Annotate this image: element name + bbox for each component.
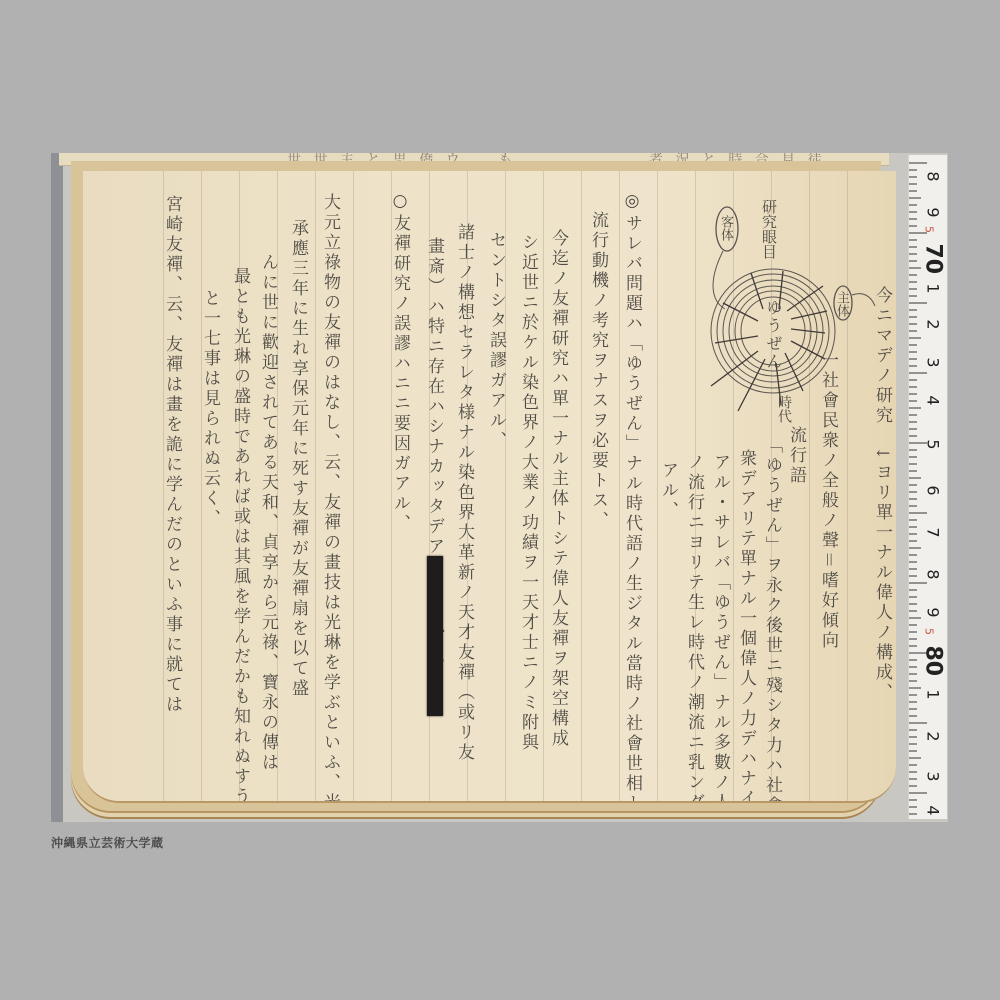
text-column: 諸士ノ構想セラレタ様ナル染色界大革新ノ天才友禪（或リ友 — [455, 223, 472, 763]
diagram-left-bubble: 客体 — [719, 215, 732, 241]
measuring-ruler: 8 9 5 70 1 2 3 4 5 6 7 8 9 5 80 1 2 3 4 — [908, 155, 947, 819]
ruler-label: 3 — [924, 765, 943, 789]
ruled-line — [543, 171, 544, 801]
research-focus-diagram: 研究眼目 客体 主体 ゆうぜん 時代 — [703, 191, 893, 431]
ruled-line — [315, 171, 316, 801]
diagram-title: 研究眼目 — [761, 199, 776, 259]
text-column: 衆デアリテ單ナル一個偉人ノ力デハナイデ — [737, 449, 754, 803]
text-column: ○友禪研究ノ誤謬ハニニ要因ガアル、 — [391, 191, 408, 534]
text-column: 承應三年に生れ享保元年に死す友禪が友禪扇を以て盛 — [289, 219, 306, 699]
text-column: シ近世ニ於ケル染色界ノ大業ノ功績ヲ一天才士ニノミ附與 — [519, 233, 536, 753]
diagram-right-bubble: 主体 — [835, 291, 848, 317]
archival-photograph: 、世 世 主 と 思 僑 ウ も 者 況 と 時 合 見 徒 — [51, 153, 948, 822]
ruler-label: 5 — [924, 433, 943, 457]
ruled-line — [581, 171, 582, 801]
ruler-label: 1 — [924, 277, 943, 301]
ruler-label: 6 — [924, 479, 943, 503]
diagram-bottom-label: 時代 — [777, 395, 791, 423]
diagram-center-label: ゆうぜん — [765, 299, 781, 371]
text-column: アル、 — [659, 461, 676, 521]
ruler-label: 2 — [924, 313, 943, 337]
photo-backdrop — [51, 153, 63, 822]
text-column: 一社會民衆ノ全般ノ聲＝嗜好傾向 — [819, 351, 836, 651]
text-column: 最とも光琳の盛時であれば或は其風を学んだかも知れぬすう確 — [231, 267, 248, 803]
text-column: 今ニマデノ研究 ↓ヨリ單一ナル偉人ノ構成、 — [873, 286, 890, 703]
ruler-label: 2 — [924, 725, 943, 749]
ruled-line — [353, 171, 354, 801]
text-column: ノ流行ニヨリテ生レ時代ノ潮流ニ乳ンダ者デ — [685, 453, 702, 803]
ruler-label-red: 5 — [923, 218, 936, 242]
redacted-bar — [427, 556, 443, 716]
text-column: 流行語 — [787, 426, 804, 486]
text-column: アル・サレバ「ゆうぜん」ナル多數ノ人ヨ鳴ハ社會 — [711, 453, 728, 803]
text-column: 「ゆうぜん」ヲ永ク後世ニ殘シタ力ハ社會民 — [763, 436, 780, 803]
ruler-label: 8 — [924, 165, 943, 189]
ruler-label: 1 — [924, 683, 943, 707]
text-column: と一七事は見られぬ云く、 — [201, 289, 218, 529]
text-column: 今迄ノ友禪研究ハ單一ナル主体トシテ偉人友禪ヲ架空構成 — [549, 229, 566, 749]
ruler-label-red: 5 — [923, 620, 936, 644]
notebook-page: 研究眼目 客体 主体 ゆうぜん 時代 今ニマデノ研究 ↓ヨリ單一ナル偉人ノ構成、… — [83, 171, 896, 803]
collection-credit-caption: 沖縄県立芸術大学蔵 — [51, 834, 164, 851]
ruler-label: 8 — [924, 563, 943, 587]
text-column: んに世に歡迎されてある天和、貞享から元祿、寶永の傳は — [259, 253, 276, 773]
ruler-label: 4 — [924, 799, 943, 823]
ruler-label: 3 — [924, 351, 943, 375]
text-column: ◎サレバ問題ハ「ゆうぜん」ナル時代語ノ生ジタル當時ノ社會世相ト — [623, 191, 640, 803]
notebook: 研究眼目 客体 主体 ゆうぜん 時代 今ニマデノ研究 ↓ヨリ單一ナル偉人ノ構成、… — [71, 161, 881, 811]
text-column: セントシタ誤謬ガアル、 — [487, 231, 504, 451]
ruler-label: 4 — [924, 389, 943, 413]
ruler-label: 80 — [921, 646, 946, 670]
ruler-label: 7 — [924, 521, 943, 545]
text-column: 宮崎友禪、云、友禪は畫を詭に学んだのといふ事に就ては — [163, 195, 180, 715]
ruled-line — [619, 171, 620, 801]
text-column: 流行動機ノ考究ヲナスヲ必要トス、 — [589, 211, 606, 531]
text-column: 大元立祿物の友禪のはなし、云、友禪の畫技は光琳を学ぶといふ、光琳は — [321, 193, 338, 803]
ruler-label: 70 — [921, 244, 946, 268]
